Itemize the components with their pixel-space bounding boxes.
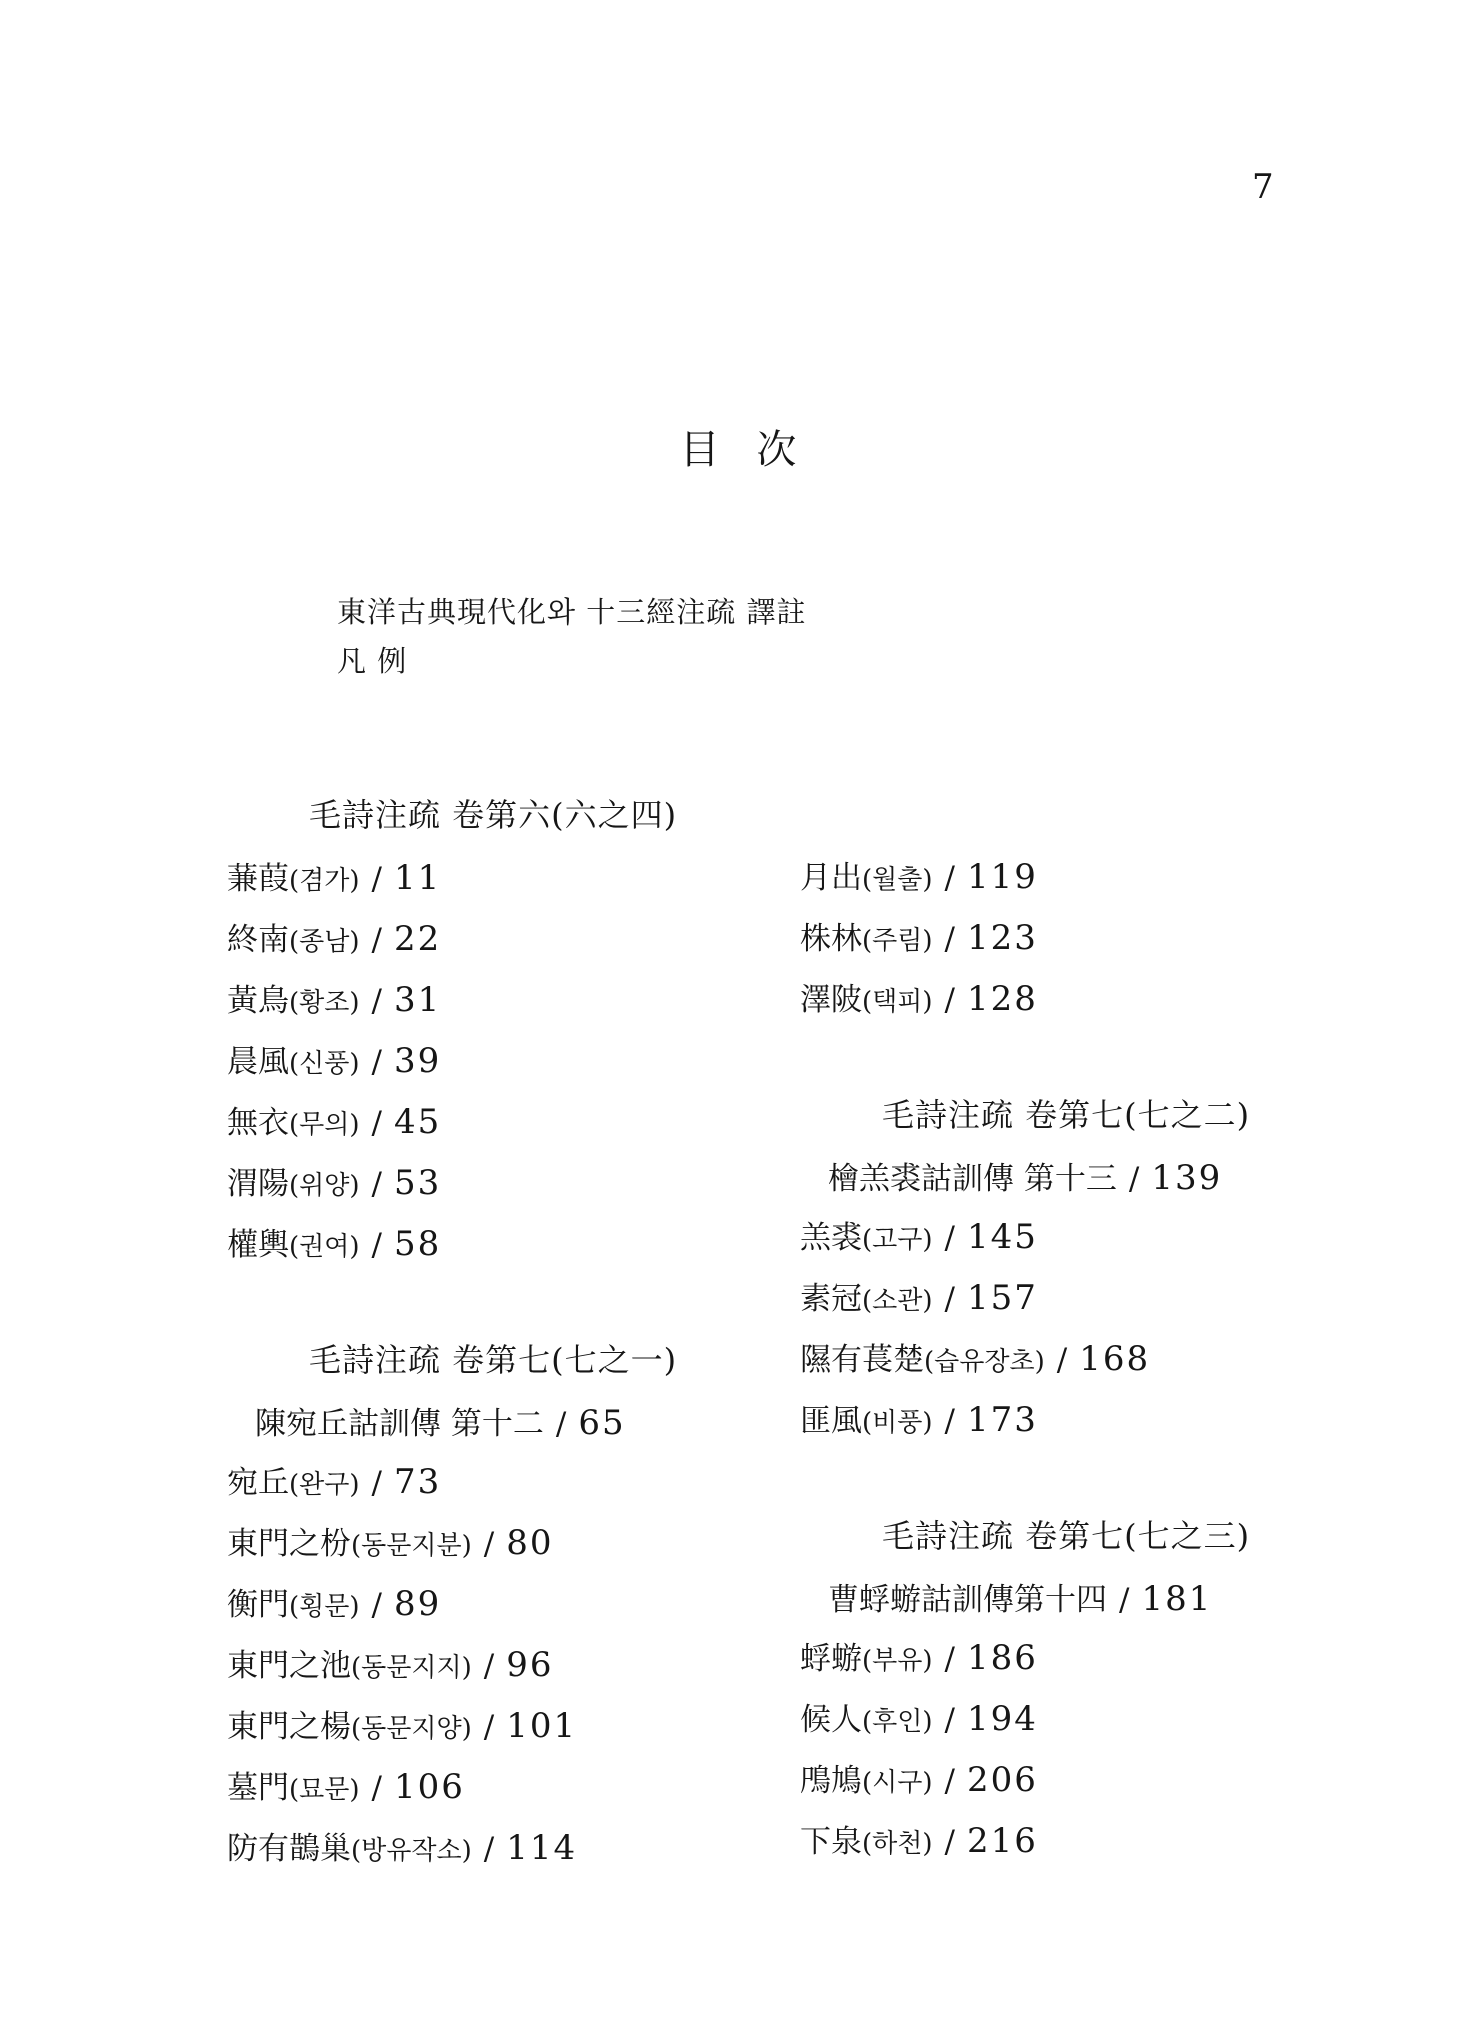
toc-entry: 晨風(신풍)/39 bbox=[227, 1042, 787, 1083]
toc-separator: / bbox=[360, 1105, 394, 1141]
toc-page-ref: 139 bbox=[1151, 1158, 1222, 1198]
toc-page-ref: 168 bbox=[1079, 1339, 1150, 1379]
toc-entry: 渭陽(위양)/53 bbox=[227, 1164, 787, 1205]
toc-separator: / bbox=[544, 1406, 578, 1442]
toc-entry-title: 月出 bbox=[800, 860, 862, 896]
toc-separator: / bbox=[933, 1220, 967, 1256]
toc-separator: / bbox=[933, 1641, 967, 1677]
toc-entry: 東門之枌(동문지분)/80 bbox=[227, 1524, 787, 1565]
toc-page-ref: 58 bbox=[394, 1224, 441, 1264]
toc-entry: 無衣(무의)/45 bbox=[227, 1103, 787, 1144]
toc-subentry-title: 檜羔裘詁訓傳 第十三 bbox=[828, 1161, 1117, 1197]
toc-page-ref: 22 bbox=[394, 919, 441, 959]
toc-separator: / bbox=[360, 983, 394, 1019]
toc-section-header: 毛詩注疏 卷第七(七之二) bbox=[882, 1095, 1360, 1135]
toc-column-right: 月出(월출)/119株林(주림)/123澤陂(택피)/128毛詩注疏 卷第七(七… bbox=[800, 858, 1360, 1883]
toc-page-ref: 206 bbox=[967, 1760, 1038, 1800]
toc-entry-title: 匪風 bbox=[800, 1403, 862, 1439]
toc-page-ref: 119 bbox=[967, 857, 1038, 897]
toc-separator: / bbox=[360, 1465, 394, 1501]
toc-separator: / bbox=[360, 1587, 394, 1623]
toc-entry: 素冠(소관)/157 bbox=[800, 1279, 1360, 1320]
toc-page-ref: 123 bbox=[967, 918, 1038, 958]
toc-entry-title: 墓門 bbox=[227, 1770, 289, 1806]
toc-entry-title: 蜉蝣 bbox=[800, 1641, 862, 1677]
toc-entry-reading: (습유장초) bbox=[924, 1347, 1045, 1377]
toc-section-header: 毛詩注疏 卷第七(七之三) bbox=[882, 1516, 1360, 1556]
toc-entry: 蒹葭(겸가)/11 bbox=[227, 859, 787, 900]
toc-separator: / bbox=[933, 1281, 967, 1317]
toc-entry-title: 東門之枌 bbox=[227, 1526, 351, 1562]
toc-separator: / bbox=[472, 1526, 506, 1562]
toc-entry: 權輿(권여)/58 bbox=[227, 1225, 787, 1266]
toc-entry-reading: (동문지분) bbox=[351, 1531, 472, 1561]
toc-page-ref: 186 bbox=[967, 1638, 1038, 1678]
toc-separator: / bbox=[1117, 1161, 1151, 1197]
toc-subentry-title: 曹蜉蝣詁訓傳第十四 bbox=[828, 1582, 1107, 1618]
toc-entry: 候人(후인)/194 bbox=[800, 1700, 1360, 1741]
toc-page-ref: 45 bbox=[394, 1102, 441, 1142]
toc-separator: / bbox=[472, 1648, 506, 1684]
toc-subentry: 陳宛丘詁訓傳 第十二/65 bbox=[255, 1404, 787, 1443]
toc-page-ref: 145 bbox=[967, 1217, 1038, 1257]
toc-entry-title: 素冠 bbox=[800, 1281, 862, 1317]
toc-page-ref: 216 bbox=[967, 1821, 1038, 1861]
toc-page-ref: 80 bbox=[506, 1523, 553, 1563]
toc-entry-title: 東門之池 bbox=[227, 1648, 351, 1684]
toc-entry-title: 防有鵲巢 bbox=[227, 1831, 351, 1867]
toc-entry: 東門之楊(동문지양)/101 bbox=[227, 1707, 787, 1748]
toc-entry-reading: (횡문) bbox=[289, 1592, 360, 1622]
toc-separator: / bbox=[360, 861, 394, 897]
toc-separator: / bbox=[933, 1824, 967, 1860]
toc-entry-reading: (고구) bbox=[862, 1225, 933, 1255]
toc-entry: 隰有萇楚(습유장초)/168 bbox=[800, 1340, 1360, 1381]
toc-entry-reading: (주림) bbox=[862, 926, 933, 956]
toc-separator: / bbox=[933, 1702, 967, 1738]
toc-page-ref: 106 bbox=[394, 1767, 465, 1807]
toc-page-ref: 181 bbox=[1141, 1579, 1212, 1619]
toc-entry-title: 羔裘 bbox=[800, 1220, 862, 1256]
toc-page-ref: 96 bbox=[506, 1645, 553, 1685]
toc-separator: / bbox=[360, 1166, 394, 1202]
toc-separator: / bbox=[360, 922, 394, 958]
toc-page-ref: 89 bbox=[394, 1584, 441, 1624]
toc-entry-title: 鳲鳩 bbox=[800, 1763, 862, 1799]
toc-page-ref: 101 bbox=[506, 1706, 577, 1746]
toc-separator: / bbox=[472, 1709, 506, 1745]
toc-separator: / bbox=[933, 860, 967, 896]
toc-entry-reading: (동문지양) bbox=[351, 1714, 472, 1744]
toc-entry-title: 株林 bbox=[800, 921, 862, 957]
toc-entry-reading: (하천) bbox=[862, 1829, 933, 1859]
front-matter-line-legend: 凡 例 bbox=[337, 637, 806, 686]
toc-entry-reading: (종남) bbox=[289, 927, 360, 957]
toc-entry: 黃鳥(황조)/31 bbox=[227, 981, 787, 1022]
toc-separator: / bbox=[360, 1227, 394, 1263]
toc-page-ref: 53 bbox=[394, 1163, 441, 1203]
toc-page-ref: 114 bbox=[506, 1828, 577, 1868]
toc-separator: / bbox=[360, 1770, 394, 1806]
toc-entry-reading: (황조) bbox=[289, 988, 360, 1018]
toc-page-ref: 73 bbox=[394, 1462, 441, 1502]
toc-entry-reading: (부유) bbox=[862, 1646, 933, 1676]
toc-entry: 衡門(횡문)/89 bbox=[227, 1585, 787, 1626]
toc-page-ref: 65 bbox=[578, 1403, 625, 1443]
toc-entry: 墓門(묘문)/106 bbox=[227, 1768, 787, 1809]
toc-separator: / bbox=[1107, 1582, 1141, 1618]
toc-page-ref: 194 bbox=[967, 1699, 1038, 1739]
page-number: 7 bbox=[1252, 170, 1274, 204]
toc-entry: 宛丘(완구)/73 bbox=[227, 1463, 787, 1504]
toc-entry: 月出(월출)/119 bbox=[800, 858, 1360, 899]
toc-entry-reading: (권여) bbox=[289, 1232, 360, 1262]
toc-column-left: 毛詩注疏 卷第六(六之四)蒹葭(겸가)/11終南(종남)/22黃鳥(황조)/31… bbox=[227, 795, 787, 1890]
toc-entry: 株林(주림)/123 bbox=[800, 919, 1360, 960]
toc-entry: 匪風(비풍)/173 bbox=[800, 1401, 1360, 1442]
toc-entry: 防有鵲巢(방유작소)/114 bbox=[227, 1829, 787, 1870]
toc-entry-title: 候人 bbox=[800, 1702, 862, 1738]
toc-separator: / bbox=[933, 1763, 967, 1799]
toc-entry-title: 權輿 bbox=[227, 1227, 289, 1263]
toc-separator: / bbox=[933, 921, 967, 957]
toc-entry: 東門之池(동문지지)/96 bbox=[227, 1646, 787, 1687]
toc-entry: 羔裘(고구)/145 bbox=[800, 1218, 1360, 1259]
toc-page-ref: 157 bbox=[967, 1278, 1038, 1318]
page-title: 目 次 bbox=[0, 428, 1480, 472]
toc-page-ref: 128 bbox=[967, 979, 1038, 1019]
toc-section-header: 毛詩注疏 卷第七(七之一) bbox=[309, 1340, 787, 1380]
toc-entry-title: 澤陂 bbox=[800, 982, 862, 1018]
front-matter-line-series: 東洋古典現代化와 十三經注疏 譯註 bbox=[337, 588, 806, 637]
toc-page-ref: 31 bbox=[394, 980, 441, 1020]
toc-entry-title: 蒹葭 bbox=[227, 861, 289, 897]
front-matter: 東洋古典現代化와 十三經注疏 譯註 凡 例 bbox=[337, 588, 806, 686]
toc-entry-reading: (신풍) bbox=[289, 1049, 360, 1079]
toc-separator: / bbox=[933, 1403, 967, 1439]
toc-entry-reading: (완구) bbox=[289, 1470, 360, 1500]
toc-subentry: 曹蜉蝣詁訓傳第十四/181 bbox=[828, 1580, 1360, 1619]
toc-entry-title: 黃鳥 bbox=[227, 983, 289, 1019]
toc-entry: 澤陂(택피)/128 bbox=[800, 980, 1360, 1021]
toc-subentry-title: 陳宛丘詁訓傳 第十二 bbox=[255, 1406, 544, 1442]
toc-entry-title: 下泉 bbox=[800, 1824, 862, 1860]
toc-entry-title: 隰有萇楚 bbox=[800, 1342, 924, 1378]
toc-entry-reading: (택피) bbox=[862, 987, 933, 1017]
toc-entry-reading: (묘문) bbox=[289, 1775, 360, 1805]
toc-entry-title: 晨風 bbox=[227, 1044, 289, 1080]
toc-page-ref: 11 bbox=[394, 858, 441, 898]
toc-entry-reading: (월출) bbox=[862, 865, 933, 895]
toc-section-header: 毛詩注疏 卷第六(六之四) bbox=[309, 795, 787, 835]
toc-entry-title: 衡門 bbox=[227, 1587, 289, 1623]
toc-page-ref: 39 bbox=[394, 1041, 441, 1081]
toc-entry-reading: (후인) bbox=[862, 1707, 933, 1737]
toc-entry-title: 東門之楊 bbox=[227, 1709, 351, 1745]
toc-page-ref: 173 bbox=[967, 1400, 1038, 1440]
toc-entry-title: 宛丘 bbox=[227, 1465, 289, 1501]
toc-entry: 下泉(하천)/216 bbox=[800, 1822, 1360, 1863]
toc-entry: 終南(종남)/22 bbox=[227, 920, 787, 961]
toc-entry: 鳲鳩(시구)/206 bbox=[800, 1761, 1360, 1802]
toc-entry-reading: (무의) bbox=[289, 1110, 360, 1140]
toc-entry-reading: (시구) bbox=[862, 1768, 933, 1798]
toc-entry-title: 渭陽 bbox=[227, 1166, 289, 1202]
toc-separator: / bbox=[472, 1831, 506, 1867]
toc-entry-reading: (소관) bbox=[862, 1286, 933, 1316]
toc-entry-reading: (방유작소) bbox=[351, 1836, 472, 1866]
toc-entry-title: 無衣 bbox=[227, 1105, 289, 1141]
toc-entry: 蜉蝣(부유)/186 bbox=[800, 1639, 1360, 1680]
toc-entry-title: 終南 bbox=[227, 922, 289, 958]
toc-subentry: 檜羔裘詁訓傳 第十三/139 bbox=[828, 1159, 1360, 1198]
toc-entry-reading: (겸가) bbox=[289, 866, 360, 896]
toc-entry-reading: (동문지지) bbox=[351, 1653, 472, 1683]
toc-separator: / bbox=[360, 1044, 394, 1080]
toc-entry-reading: (위양) bbox=[289, 1171, 360, 1201]
toc-separator: / bbox=[1045, 1342, 1079, 1378]
toc-separator: / bbox=[933, 982, 967, 1018]
toc-entry-reading: (비풍) bbox=[862, 1408, 933, 1438]
